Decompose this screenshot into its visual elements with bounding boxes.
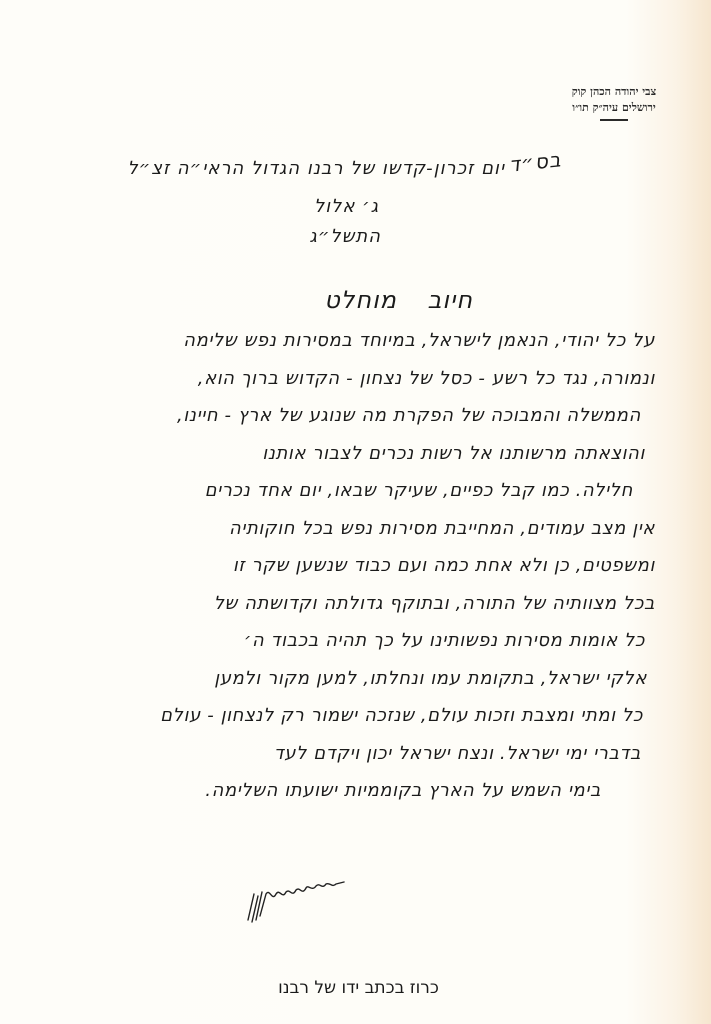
page-caption: כרוז בכתב ידו של רבנו [6, 978, 711, 998]
date-heading-line-3: התשל״ג [309, 226, 381, 247]
body-line: ונמורה, נגד כל רשע - כסל של נצחון - הקדו… [64, 360, 655, 398]
body-line: כל אומות מסירות נפשותינו על כך תהיה בכבו… [64, 622, 655, 660]
body-line: חלילה. כמו קבל כפיים, שעיקר שבאו, יום אח… [64, 472, 655, 510]
bsd-mark: בס״ד [508, 147, 563, 176]
letterhead-name: צבי יהודה הכהן קוק [529, 84, 699, 100]
body-line: על כל יהודי, הנאמן לישראל, במיוחד במסירו… [64, 322, 655, 360]
signature-scribble-icon [244, 880, 354, 924]
letterhead-underline [600, 119, 628, 121]
date-heading-line-1: יום זכרון-קדשו של רבנו הגדול הראי״ה זצ״ל [127, 158, 505, 179]
body-line: ומשפטים, כן ולא אחת כמה ועם כבוד שנשען ש… [64, 547, 655, 585]
date-heading-line-2: ג׳ אלול [314, 196, 379, 217]
body-line: אלקי ישראל, בתקומת עמו ונחלתו, למען מקור… [64, 660, 655, 698]
body-line: בכל מצוותיה של התורה, ובתוקף גדולתה וקדו… [64, 585, 655, 623]
letterhead-city: ירושלים עיה״ק תו״ו [529, 100, 699, 116]
letter-title: חיוב מוחלט [324, 286, 473, 314]
body-line: הממשלה והמבוכה של הפקרת מה שנוגע של ארץ … [64, 397, 655, 435]
handwritten-signature [244, 880, 354, 924]
letter-page: צבי יהודה הכהן קוק ירושלים עיה״ק תו״ו בס… [0, 0, 711, 1024]
body-line: בימי השמש על הארץ בקוממיות ישועתו השלימה… [64, 772, 655, 810]
body-line: והוצאתה מרשותנו אל רשות נכרים לצבור אותנ… [64, 435, 655, 473]
letterhead: צבי יהודה הכהן קוק ירושלים עיה״ק תו״ו [529, 84, 699, 121]
body-line: אין מצב עמודים, המחייבת מסירות נפש בכל ח… [64, 510, 655, 548]
letter-body: על כל יהודי, הנאמן לישראל, במיוחד במסירו… [64, 322, 655, 810]
body-line: כל ומתי ומצבת וזכות עולם, שנזכה ישמור רק… [64, 697, 655, 735]
body-line: בדברי ימי ישראל. ונצח ישראל יכון ויקדם ל… [64, 735, 655, 773]
